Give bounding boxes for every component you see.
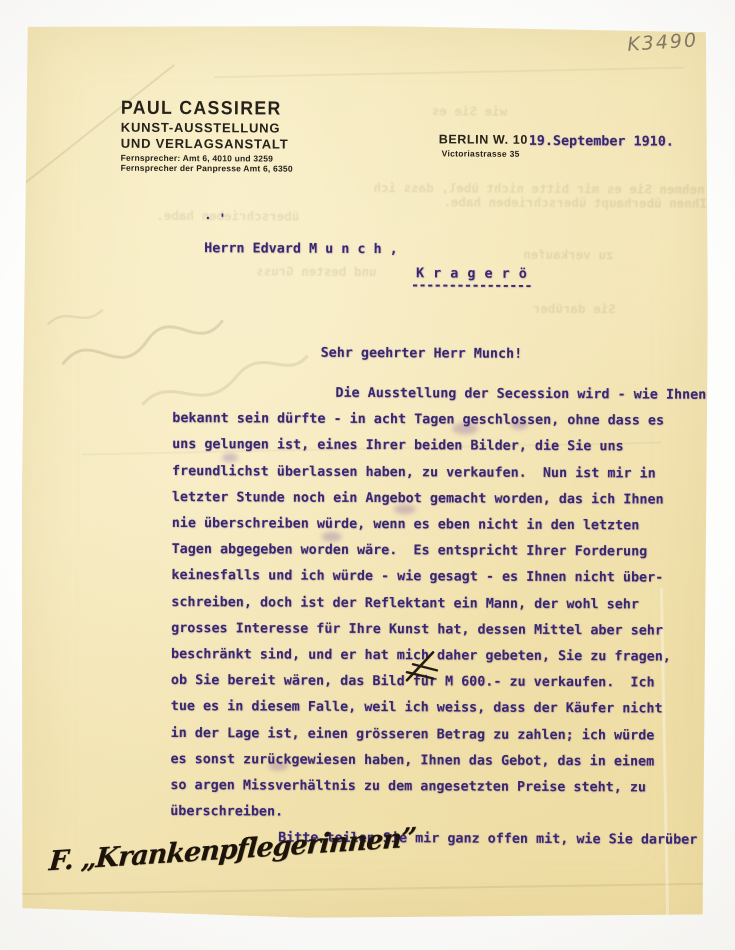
letterhead-phone-line2: Fernsprecher der Panpresse Amt 6, 6350: [121, 163, 293, 174]
handwritten-insertion-mark: [387, 648, 443, 686]
letterhead-division-line1: KUNST-AUSSTELLUNG: [121, 120, 281, 136]
bleedthrough-layer: wie Sie esnehmen Sie es mir bitte nicht …: [24, 24, 709, 28]
body-line: Die Ausstellung der Secession wird - wie…: [335, 386, 706, 403]
body-line: nie überschreiben würde, wenn es eben ni…: [172, 516, 640, 533]
letterhead-company-name: PAUL CASSIRER: [121, 98, 282, 121]
body-line: es sonst zurückgewiesen haben, Ihnen das…: [170, 752, 654, 770]
body-line: freundlichst überlassen haben, zu verkau…: [172, 464, 656, 482]
typed-body: Die Ausstellung der Secession wird - wie…: [24, 24, 709, 28]
body-line: bekannt sein dürfte - in acht Tagen gesc…: [172, 411, 664, 429]
letter-paper: wie Sie esnehmen Sie es mir bitte nicht …: [20, 24, 710, 920]
typed-stray-mark: · ': [204, 211, 226, 225]
body-line: uns gelungen ist, eines Ihrer beiden Bil…: [172, 437, 624, 454]
ink-smudge: [222, 453, 238, 462]
archival-number: K3490: [627, 29, 699, 56]
bleedthrough-text: überschrieben habe.: [156, 208, 299, 224]
typed-recipient-line: Herrn Edvard M u n c h ,: [204, 241, 398, 257]
bleedthrough-text: und besten Gruss: [256, 263, 376, 279]
typed-date: 19.September 1910.: [529, 134, 674, 150]
body-line: keinesfalls und ich würde - wie gesagt -…: [171, 568, 663, 586]
bleedthrough-text: Sie darüber: [533, 301, 616, 316]
handwritten-bottom-note: F. „Krankenpflegerinnen”: [48, 822, 417, 877]
typed-salutation: Sehr geehrter Herr Munch!: [321, 346, 523, 362]
body-line: Tagen abgegeben worden wäre. Es entspric…: [172, 542, 648, 559]
body-line: grosses Interesse für Ihre Kunst hat, de…: [171, 621, 663, 639]
body-line: in der Lage ist, einen grösseren Betrag …: [171, 726, 655, 744]
letterhead-street: Victoriastrasse 35: [442, 148, 520, 158]
body-line: überschreiben.: [170, 804, 283, 820]
bleedthrough-text: zu verkaufen: [523, 247, 613, 262]
letterhead-city: BERLIN W. 10: [439, 132, 528, 146]
body-line: tue es in diesem Falle, weil ich weiss, …: [171, 699, 663, 717]
body-line: so argen Missverhältnis zu dem angesetzt…: [170, 778, 646, 795]
scan-background: wie Sie esnehmen Sie es mir bitte nicht …: [0, 0, 735, 950]
bleedthrough-text: wie Sie es: [432, 103, 507, 118]
ink-smudge: [322, 532, 342, 542]
letterhead-division-line2: UND VERLAGSANSTALT: [121, 136, 289, 152]
body-line: letzter Stunde noch ein Angebot gemacht …: [172, 490, 664, 508]
bleedthrough-text: Ihnen überhaupt überschrieben habe.: [443, 194, 706, 210]
body-line: schreiben, doch ist der Reflektant ein M…: [171, 595, 639, 612]
typed-city-underline: ----------------: [411, 278, 532, 294]
